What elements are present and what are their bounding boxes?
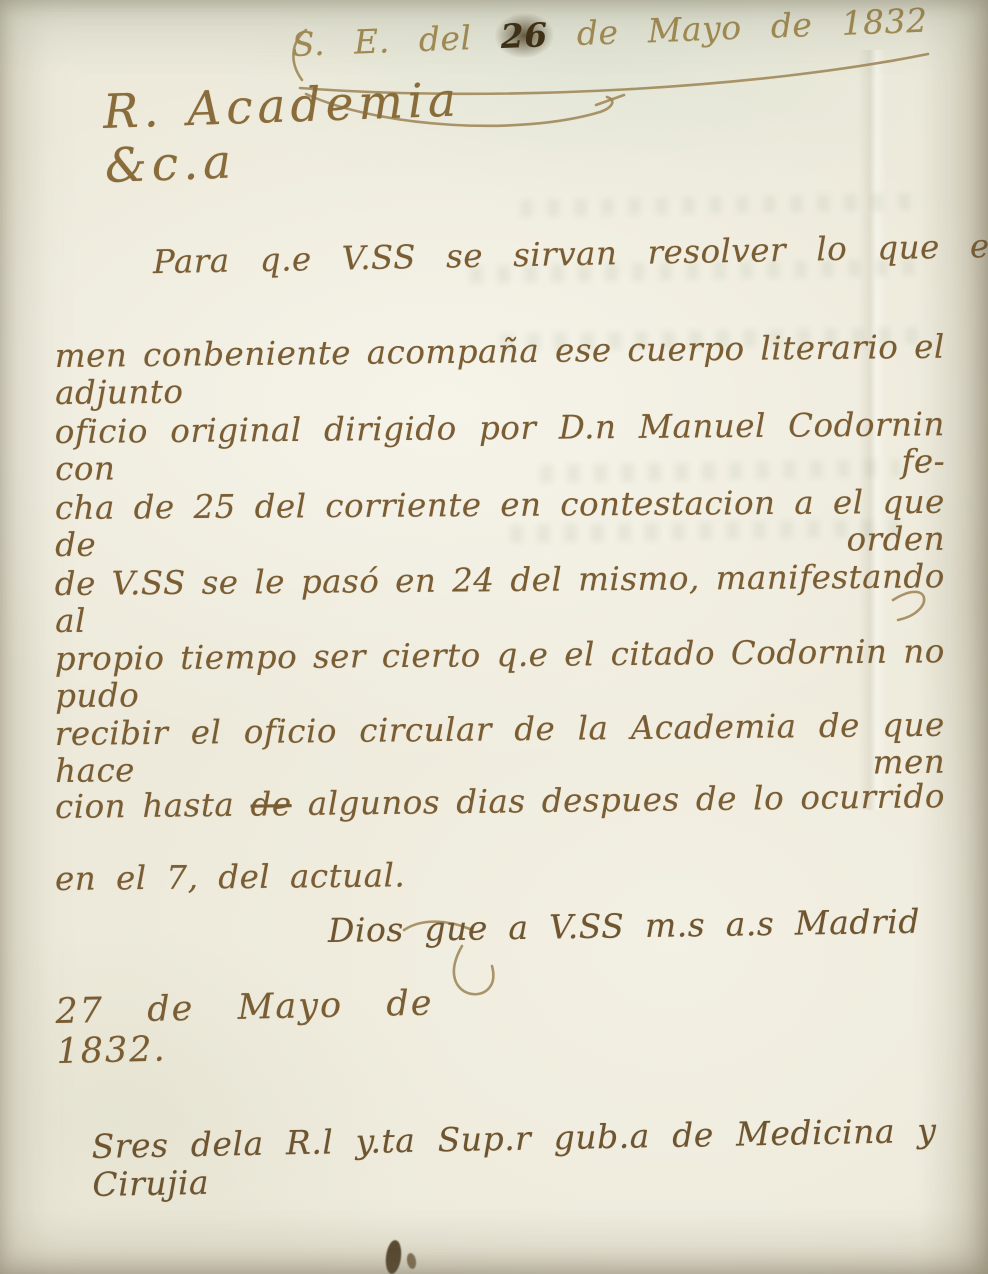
torn-edge-crevice (950, 0, 962, 1274)
date-line: 27 de Mayo de 1832. (55, 983, 435, 1072)
body-line: Para q.e V.SS se sirvan resolver lo que … (55, 227, 988, 283)
struck-word: de (250, 785, 292, 823)
body-line-text: cion hasta (55, 786, 251, 826)
body-line: men conbeniente acompaña ese cuerpo lite… (55, 329, 946, 413)
body-line: cion hasta de algunos dias despues de lo… (55, 778, 945, 826)
closing-line: Dios gue a V.SS m.s a.s Madrid (328, 903, 921, 950)
header-annotation: S. E. del 26 de Mayo de 1832 (291, 2, 928, 64)
torn-edge-shade (950, 0, 988, 1274)
body-line: oficio original dirigido por D.n Manuel … (55, 406, 946, 489)
body-line: propio tiempo ser cierto q.e el citado C… (55, 633, 946, 716)
body-line: en el 7, del actual. (55, 857, 475, 899)
address-line: Sres dela R.l y.ta Sup.r gub.a de Medici… (91, 1112, 937, 1204)
showthrough-ghost (520, 193, 920, 218)
ink-blot-mark (384, 1239, 403, 1274)
body-line: cha de 25 del corriente en contestacion … (55, 484, 946, 565)
scanned-letter-page: S. E. del 26 de Mayo de 1832 R. Academia… (0, 0, 988, 1274)
header-day-blotted: 26 (500, 15, 548, 56)
academia-swash-tick (596, 95, 624, 105)
body-line-text: algunos dias despues de lo ocurrido (291, 777, 945, 823)
body-line: de V.SS se le pasó en 24 del mismo, mani… (55, 558, 946, 641)
header-suffix: de Mayo de 1832 (547, 1, 928, 55)
salutation-line: R. Academia &c.a (102, 70, 573, 194)
ink-blot-mark (406, 1252, 418, 1269)
header-prefix: S. E. del (291, 17, 501, 64)
guarde-loop-flourish (454, 946, 493, 994)
